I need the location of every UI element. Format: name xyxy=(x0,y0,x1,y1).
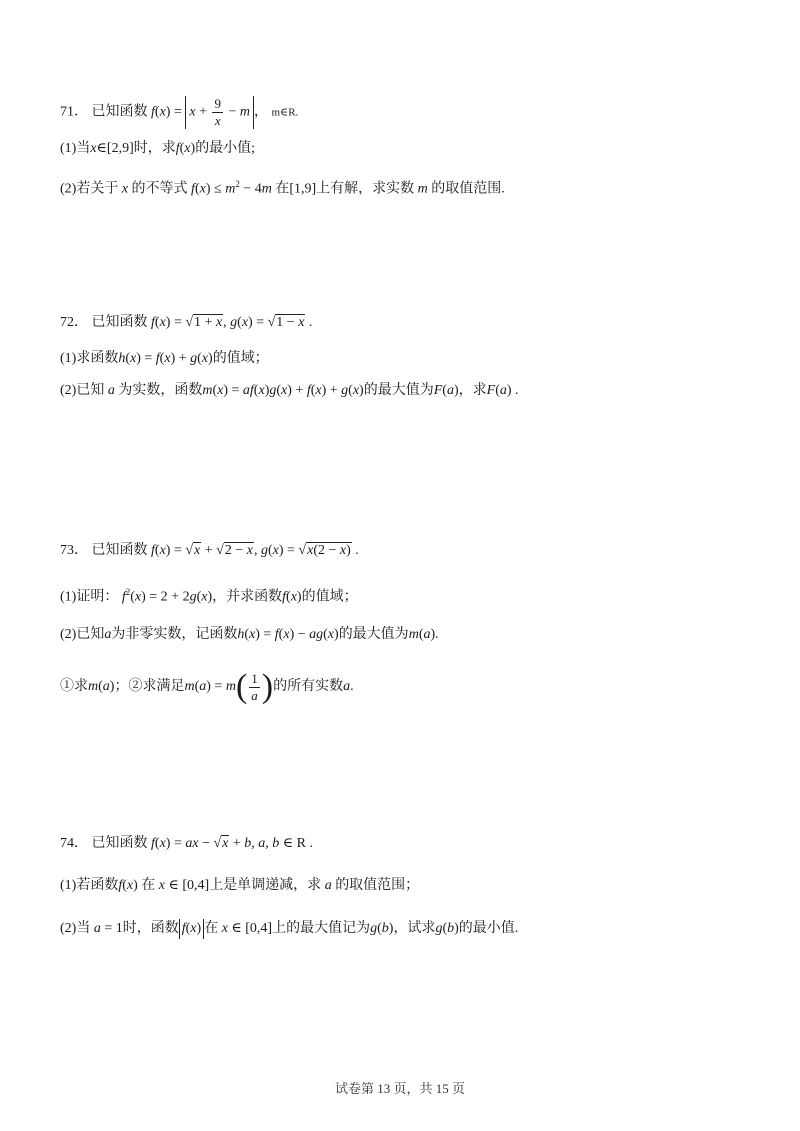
question-74-stem: 74． 已知函数 f(x) = ax − √x + b, a, b ∈ R . xyxy=(60,834,313,854)
question-73-part-2: (2)已知a为非零实数，记函数h(x) = f(x) − ag(x)的最大值为m… xyxy=(60,625,439,645)
question-74-part-2: (2)当 a = 1时，函数f(x)在 x ∈ [0,4]上的最大值记为g(b)… xyxy=(60,919,518,939)
question-71-part-1: (1)当x∈[2,9]时，求f(x)的最小值; xyxy=(60,139,255,159)
question-71-stem: 71． 已知函数 f(x) = x + 9x − m， m∈R. xyxy=(60,96,298,129)
question-number: 72． xyxy=(60,315,88,330)
question-number: 73． xyxy=(60,543,88,558)
page-footer: 试卷第 13 页，共 15 页 xyxy=(0,1078,800,1097)
condition: m∈R xyxy=(272,107,296,119)
math-expression: f xyxy=(151,105,155,120)
absolute-value: x + 9x − m xyxy=(185,96,254,129)
question-72-part-1: (1)求函数h(x) = f(x) + g(x)的值域； xyxy=(60,349,269,369)
question-72-stem: 72． 已知函数 f(x) = √1 + x, g(x) = √1 − x . xyxy=(60,313,312,333)
question-number: 71． xyxy=(60,105,88,120)
question-73-stem: 73． 已知函数 f(x) = √x + √2 − x, g(x) = √x(2… xyxy=(60,541,359,561)
question-74-part-1: (1)若函数f(x) 在 x ∈ [0,4]上是单调递减，求 a 的取值范围； xyxy=(60,876,419,896)
question-71-part-2: (2)若关于 x 的不等式 f(x) ≤ m2 − 4m 在[1,9]上有解，求… xyxy=(60,174,505,200)
question-72-part-2: (2)已知 a 为实数，函数m(x) = af(x)g(x) + f(x) + … xyxy=(60,381,519,401)
question-73-part-1: (1)证明： f2(x) = 2 + 2g(x)，并求函数f(x)的值域； xyxy=(60,582,358,608)
question-number: 74． xyxy=(60,836,88,851)
stem-label: 已知函数 xyxy=(92,105,148,120)
question-73-part-3: ①求m(a)；②求满足m(a) = m(1a)的所有实数a. xyxy=(60,668,354,706)
